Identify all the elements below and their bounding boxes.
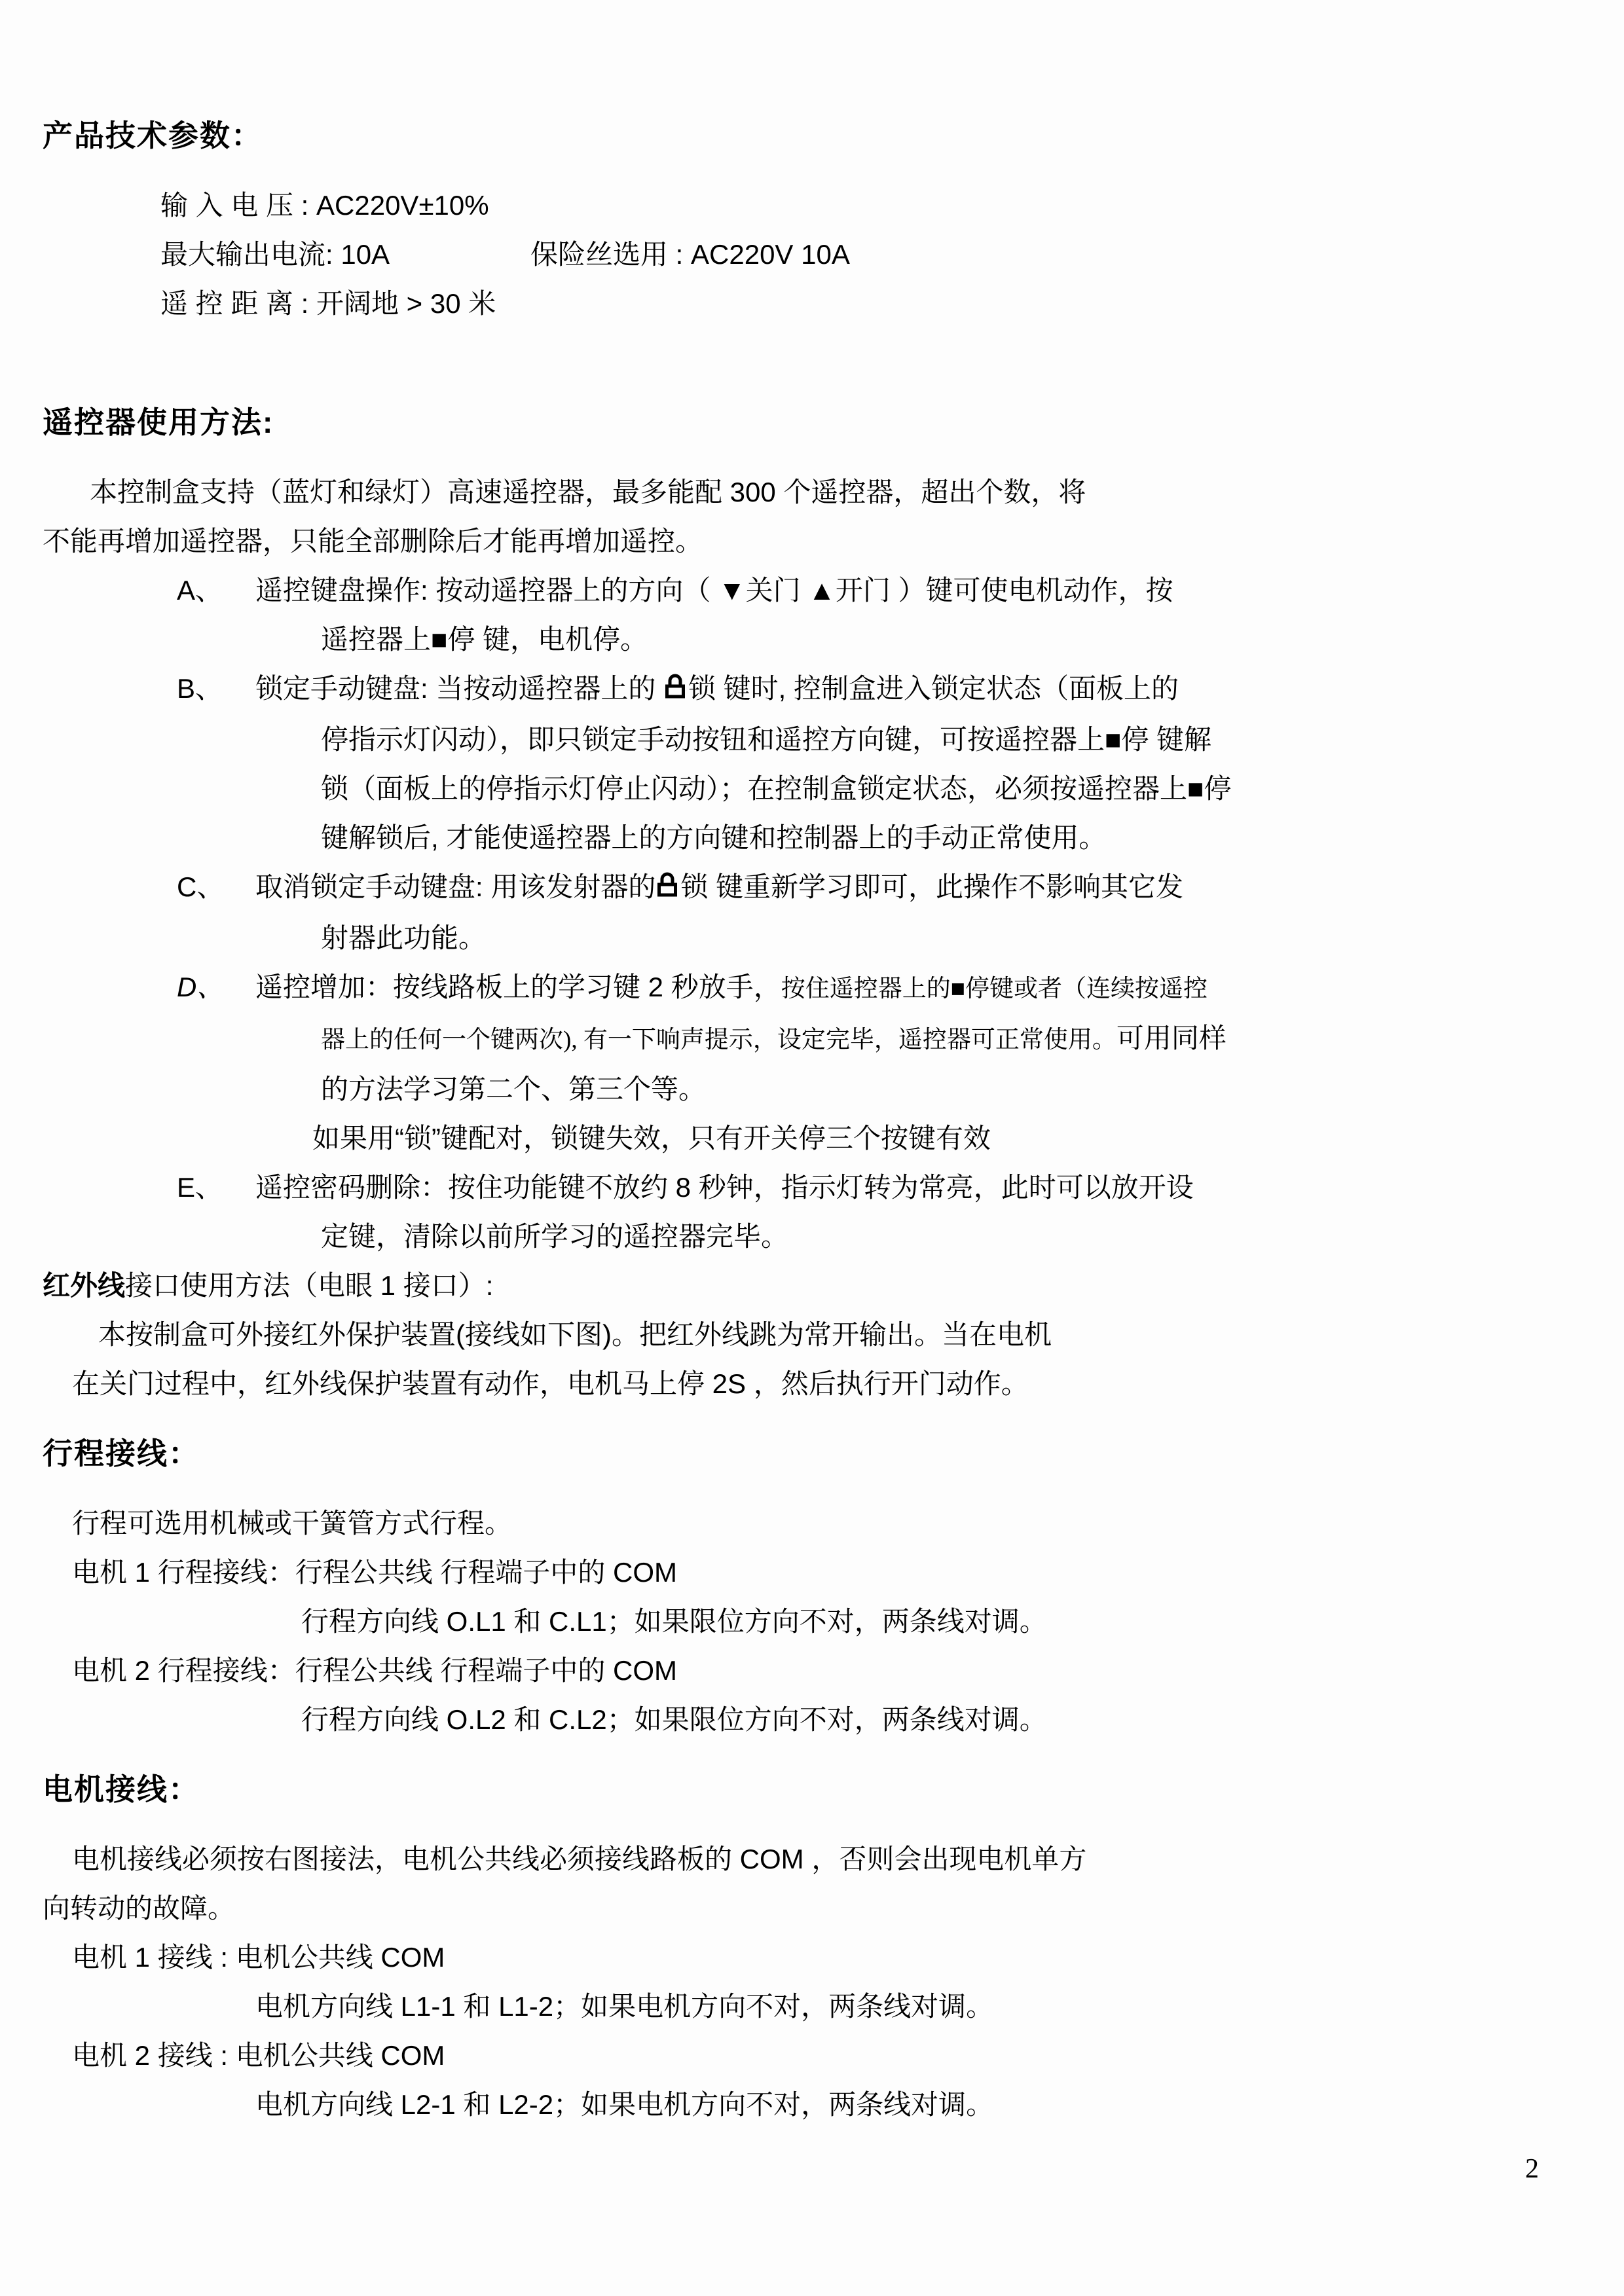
item-b-text: 锁定手动键盘: 当按动遥控器上的 锁 键时, 控制盒进入锁定状态（面板上的 — [255, 664, 1179, 715]
item-a-label: A、 — [177, 566, 255, 615]
item-e-text: 遥控密码删除：按住功能键不放约 8 秒钟，指示灯转为常亮，此时可以放开设 — [255, 1163, 1194, 1212]
travel-wiring-title: 行程接线： — [43, 1428, 1585, 1479]
list-item-c: C、 取消锁定手动键盘: 用该发射器的锁 键重新学习即可，此操作不影响其它发 — [43, 862, 1585, 913]
item-a-cont: 遥控器上■停 键，电机停。 — [321, 615, 1585, 664]
list-item-e: E、 遥控密码删除：按住功能键不放约 8 秒钟，指示灯转为常亮，此时可以放开设 — [43, 1163, 1585, 1212]
item-c-text-post-lock: 锁 键重新学习即可，此操作不影响其它发 — [680, 871, 1183, 902]
tech-params-block: 输 入 电 压 : AC220V±10% 最大输出电流: 10A 保险丝选用 :… — [160, 181, 1585, 328]
page-number: 2 — [1525, 2153, 1539, 2185]
list-item-a: A、 遥控键盘操作: 按动遥控器上的方向（ ▼关门 ▲开门 ）键可使电机动作，按 — [43, 566, 1585, 615]
document-body: 产品技术参数： 输 入 电 压 : AC220V±10% 最大输出电流: 10A… — [0, 0, 1624, 2129]
lock-icon — [665, 666, 686, 715]
item-b-cont1: 停指示灯闪动），即只锁定手动按钮和遥控方向键，可按遥控器上■停 键解 — [321, 715, 1585, 764]
item-b-label: B、 — [177, 664, 255, 715]
motor2-wiring-cont: 电机方向线 L2-1 和 L2-2；如果电机方向不对，两条线对调。 — [255, 2080, 1585, 2129]
item-b-cont2: 锁（面板上的停指示灯停止闪动）；在控制盒锁定状态，必须按遥控器上■停 — [321, 764, 1585, 813]
list-item-d: D、 遥控增加：按线路板上的学习键 2 秒放手，按住遥控器上的■停键或者（连续按… — [43, 962, 1585, 1013]
item-b-text-pre-lock: 锁定手动键盘: 当按动遥控器上的 — [255, 673, 663, 704]
item-b-text-post-lock: 锁 键时, 控制盒进入锁定状态（面板上的 — [688, 673, 1179, 704]
item-b-cont3: 键解锁后, 才能使遥控器上的方向键和控制器上的手动正常使用。 — [321, 813, 1585, 862]
travel-motor2-line: 电机 2 行程接线：行程公共线 行程端子中的 COM — [72, 1646, 1585, 1695]
item-e-cont: 定键，清除以前所学习的遥控器完毕。 — [321, 1212, 1585, 1261]
item-d-cont1: 器上的任何一个键两次), 有一下响声提示，设定完毕，遥控器可正常使用。可用同样 — [321, 1013, 1585, 1065]
item-d-text: 遥控增加：按线路板上的学习键 2 秒放手，按住遥控器上的■停键或者（连续按遥控 — [255, 962, 1208, 1013]
item-d-cont2: 的方法学习第二个、第三个等。 — [321, 1065, 1585, 1114]
item-d-small-text2: 器上的任何一个键两次), 有一下响声提示，设定完毕，遥控器可正常使用。 — [321, 1027, 1116, 1053]
lock-icon — [657, 864, 678, 913]
travel-motor1-cont: 行程方向线 O.L1 和 C.L1；如果限位方向不对，两条线对调。 — [301, 1597, 1585, 1646]
param-remote-distance: 遥 控 距 离 : 开阔地 > 30 米 — [160, 279, 1585, 328]
motor-line2: 向转动的故障。 — [43, 1884, 1585, 1933]
motor1-wiring-cont: 电机方向线 L1-1 和 L1-2；如果电机方向不对，两条线对调。 — [255, 1982, 1585, 2031]
remote-usage-title: 遥控器使用方法: — [43, 397, 1585, 448]
tech-params-title: 产品技术参数： — [43, 110, 1585, 161]
param-fuse: 保险丝选用 : AC220V 10A — [530, 230, 850, 279]
motor-wiring-title: 电机接线： — [43, 1764, 1585, 1815]
item-d-small-text: 按住遥控器上的■停键或者（连续按遥控 — [781, 975, 1208, 1002]
item-c-cont: 射器此功能。 — [321, 913, 1585, 962]
remote-intro-line1: 本控制盒支持（蓝灯和绿灯）高速遥控器，最多能配 300 个遥控器，超出个数，将 — [90, 467, 1585, 517]
travel-motor1-line: 电机 1 行程接线：行程公共线 行程端子中的 COM — [72, 1548, 1585, 1597]
item-d-label: D、 — [177, 962, 255, 1013]
list-item-b: B、 锁定手动键盘: 当按动遥控器上的 锁 键时, 控制盒进入锁定状态（面板上的 — [43, 664, 1585, 715]
param-input-voltage: 输 入 电 压 : AC220V±10% — [160, 181, 1585, 230]
item-a-text: 遥控键盘操作: 按动遥控器上的方向（ ▼关门 ▲开门 ）键可使电机动作，按 — [255, 566, 1173, 615]
param-current-fuse-row: 最大输出电流: 10A 保险丝选用 : AC220V 10A — [160, 230, 1585, 279]
item-d-main-text: 遥控增加：按线路板上的学习键 2 秒放手， — [255, 972, 781, 1002]
travel-line1: 行程可选用机械或干簧管方式行程。 — [72, 1499, 1585, 1548]
motor2-wiring-line: 电机 2 接线 : 电机公共线 COM — [72, 2031, 1585, 2080]
infrared-line2: 在关门过程中，红外线保护装置有动作，电机马上停 2S ，然后执行开门动作。 — [72, 1359, 1585, 1408]
infrared-title: 红外线接口使用方法（电眼 1 接口）: — [43, 1261, 1585, 1310]
motor1-wiring-line: 电机 1 接线 : 电机公共线 COM — [72, 1933, 1585, 1982]
motor-line1: 电机接线必须按右图接法，电机公共线必须接线路板的 COM ，否则会出现电机单方 — [72, 1834, 1585, 1884]
item-c-label: C、 — [177, 862, 255, 913]
item-e-label: E、 — [177, 1163, 255, 1212]
item-c-text: 取消锁定手动键盘: 用该发射器的锁 键重新学习即可，此操作不影响其它发 — [255, 862, 1183, 913]
item-c-text-pre-lock: 取消锁定手动键盘: 用该发射器的 — [255, 871, 655, 902]
infrared-line1: 本按制盒可外接红外保护装置(接线如下图)。把红外线跳为常开输出。当在电机 — [98, 1310, 1585, 1359]
param-max-output-current: 最大输出电流: 10A — [160, 230, 530, 279]
travel-motor2-cont: 行程方向线 O.L2 和 C.L2；如果限位方向不对，两条线对调。 — [301, 1695, 1585, 1744]
infrared-title-bold: 红外线 — [43, 1270, 125, 1301]
manual-page: 产品技术参数： 输 入 电 压 : AC220V±10% 最大输出电流: 10A… — [0, 0, 1624, 2296]
item-d-main-text2: 可用同样 — [1116, 1023, 1227, 1053]
item-d-cont3: 如果用“锁”键配对，锁键失效，只有开关停三个按键有效 — [312, 1114, 1585, 1163]
remote-intro-line2: 不能再增加遥控器，只能全部删除后才能再增加遥控。 — [43, 517, 1585, 566]
infrared-title-rest: 接口使用方法（电眼 1 接口）: — [125, 1270, 493, 1301]
